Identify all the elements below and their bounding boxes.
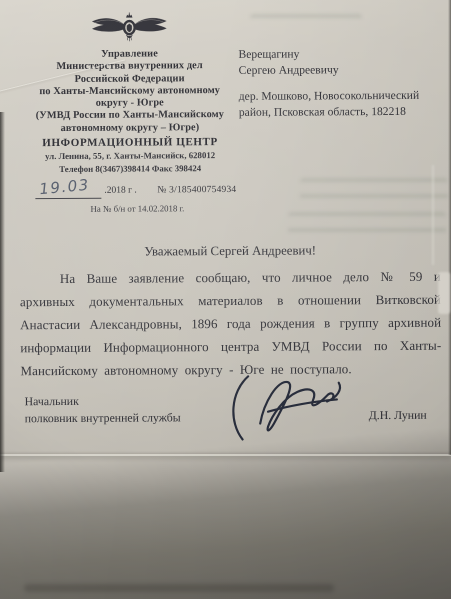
signer-title-line: Начальник bbox=[25, 392, 181, 410]
letter-page: Управление Министерства внутренних дел Р… bbox=[0, 0, 451, 599]
letterhead: Управление Министерства внутренних дел Р… bbox=[18, 48, 241, 175]
date-blank-line: 19.03 bbox=[35, 181, 101, 199]
recipient-address-line: район, Псковская область, 182218 bbox=[239, 103, 444, 120]
handwritten-date: 19.03 bbox=[39, 176, 91, 199]
letterhead-department: ИНФОРМАЦИОННЫЙ ЦЕНТР bbox=[19, 135, 241, 150]
handwritten-signature bbox=[224, 369, 352, 448]
letterhead-line: (УМВД России по Ханты-Мансийскому bbox=[19, 109, 241, 123]
body-paragraph: На Ваше заявление сообщаю, что личное де… bbox=[20, 265, 442, 383]
reply-to-line: На № б/н от 14.02.2018 г. bbox=[57, 203, 217, 214]
photo-left-edge-shadow bbox=[0, 112, 5, 472]
recipient-address-line: дер. Мошково, Новосокольнический bbox=[239, 88, 444, 105]
bottom-smudge bbox=[24, 584, 334, 592]
printed-date-suffix: .2018 г . bbox=[104, 186, 136, 196]
scanned-letter-photo: Управление Министерства внутренних дел Р… bbox=[0, 0, 451, 599]
recipient-surname: Верещагину bbox=[238, 46, 443, 63]
signer-title: Начальник полковник внутренней службы bbox=[25, 392, 181, 427]
letterhead-phone-fax: Телефон 8(3467)398414 Факс 398424 bbox=[19, 161, 241, 175]
reference-line: 19.03 .2018 г . № 3/185400754934 bbox=[35, 180, 295, 204]
recipient-block: Верещагину Сергею Андреевичу дер. Мошков… bbox=[238, 46, 443, 120]
signer-title-line: полковник внутренней службы bbox=[25, 409, 181, 427]
signer-name: Д.Н. Лунин bbox=[369, 408, 427, 423]
letterhead-line: автономному округу – Югре) bbox=[19, 122, 241, 136]
letterhead-street-address: ул. Ленина, 55, г. Ханты-Мансийск, 62801… bbox=[19, 149, 241, 163]
letterhead-line: по Ханты-Мансийскому автономному bbox=[19, 85, 241, 99]
mvd-double-eagle-emblem-icon bbox=[90, 6, 168, 50]
salutation: Уважаемый Сергей Андреевич! bbox=[20, 243, 441, 261]
recipient-given-names: Сергею Андреевичу bbox=[239, 61, 444, 78]
document-number: № 3/185400754934 bbox=[157, 185, 236, 195]
paper-light-patch bbox=[438, 272, 450, 314]
